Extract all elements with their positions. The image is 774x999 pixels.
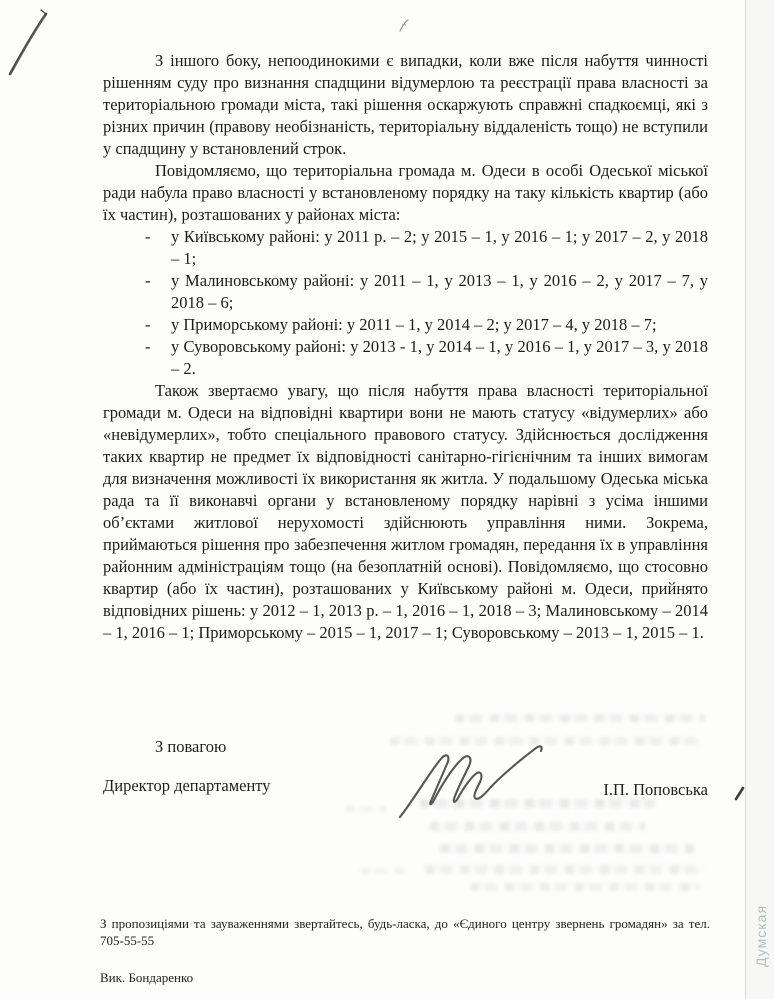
list-item-text: у Малиновському районі: у 2011 – 1, у 20… bbox=[171, 270, 708, 314]
salutation: З повагою bbox=[155, 736, 708, 758]
executor-note: Вик. Бондаренко bbox=[100, 970, 193, 986]
bleed-through-smudge bbox=[360, 868, 410, 874]
list-item-text: у Приморському районі: у 2011 – 1, у 201… bbox=[171, 314, 708, 336]
bleed-through-smudge bbox=[345, 806, 387, 812]
bleed-through-smudge bbox=[440, 844, 695, 853]
pen-tick-icon bbox=[733, 784, 747, 804]
footer-note: З пропозиціями та зауваженнями звертайте… bbox=[100, 915, 710, 949]
watermark: Думская bbox=[751, 880, 771, 992]
bleed-through-smudge bbox=[425, 865, 705, 874]
list-dash: - bbox=[103, 270, 171, 314]
list-item: - у Приморському районі: у 2011 – 1, у 2… bbox=[103, 314, 708, 336]
bleed-through-smudge bbox=[455, 714, 705, 722]
list-dash: - bbox=[103, 226, 171, 270]
list-item: - у Суворовському районі: у 2013 - 1, у … bbox=[103, 336, 708, 380]
list-item-text: у Суворовському районі: у 2013 - 1, у 20… bbox=[171, 336, 708, 380]
ink-speck-icon bbox=[397, 18, 411, 34]
pen-mark-icon bbox=[6, 6, 56, 80]
list-item-text: у Київському районі: у 2011 р. – 2; у 20… bbox=[171, 226, 708, 270]
list-item: - у Малиновському районі: у 2011 – 1, у … bbox=[103, 270, 708, 314]
bleed-through-smudge bbox=[430, 822, 645, 831]
watermark-text: Думская bbox=[753, 905, 769, 967]
scanned-letter-page: З іншого боку, непоодинокими є випадки, … bbox=[0, 0, 774, 999]
paragraph-inform: Повідомляємо, що територіальна громада м… bbox=[103, 160, 708, 226]
signer-title: Директор департаменту bbox=[103, 775, 271, 797]
paragraph-intro: З іншого боку, непоодинокими є випадки, … bbox=[103, 50, 708, 160]
signer-name: І.П. Поповська bbox=[603, 779, 708, 801]
list-dash: - bbox=[103, 314, 171, 336]
signature-row: Директор департаменту І.П. Поповська bbox=[103, 775, 708, 801]
list-item: - у Київському районі: у 2011 р. – 2; у … bbox=[103, 226, 708, 270]
district-list: - у Київському районі: у 2011 р. – 2; у … bbox=[103, 226, 708, 380]
bleed-through-smudge bbox=[470, 883, 700, 891]
list-dash: - bbox=[103, 336, 171, 380]
closing-block: З повагою Директор департаменту І.П. Поп… bbox=[103, 736, 708, 801]
letter-body: З іншого боку, непоодинокими є випадки, … bbox=[103, 50, 708, 644]
scan-page-edge bbox=[745, 0, 774, 999]
paragraph-status: Також звертаємо увагу, що після набуття … bbox=[103, 380, 708, 644]
